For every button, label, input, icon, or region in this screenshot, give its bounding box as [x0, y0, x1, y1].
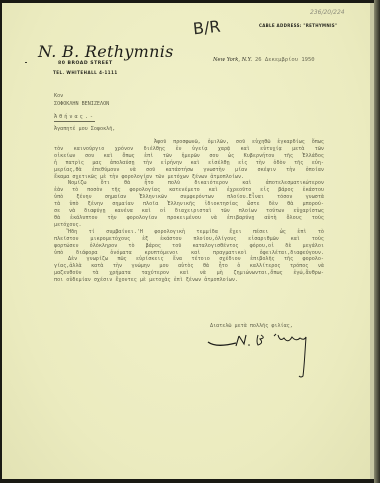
letterhead-street: 80 BROAD STREET	[58, 61, 113, 66]
body-line: φορτώσεν ὁλόκληρον τὸ βάρος τοῦ καταλογι…	[54, 243, 324, 250]
letter-body: Ἀφοῦ προσφωνῶ, ὁμιλῶν, σοῦ εὐχηθῶ ἐγκαρδ…	[54, 139, 324, 284]
letterhead-name: N. B. Rethymnis	[38, 42, 174, 61]
body-line: τὸν καινούργιο χρόνον διέλθῃς ἐν ὑγείᾳ χ…	[54, 146, 324, 153]
closing: Διατελῶ μετὰ πολλῆς φιλίας,	[210, 323, 293, 330]
addressee-city: Ἀθήνας.-	[54, 114, 95, 122]
body-line: ἡ πατρὶς μας ἀπολαύσῃ τὴν εἰρήνην καὶ εἰ…	[54, 160, 324, 167]
dateline-date: 26 Δεκεμβρίου 1950	[255, 57, 315, 63]
addressee-block: Κον ΣΟΦΟΚΛΗΝ ΒΕΝΙΖΕΛΟΝ	[54, 93, 109, 108]
body-line: πλεῖστον μικρομετόχους ἐξ ἑκάστου πλοίου…	[54, 236, 324, 243]
addressee-line: Κον	[54, 93, 109, 101]
letterhead-telephone: TEL. WHITEHALL 4-1111	[53, 70, 118, 75]
dateline-place: New York, N.Y.	[213, 57, 252, 63]
body-line: ποι οὐδεμίαν σχέσιν ἔχοντες μὲ μετοχὰς ἐ…	[54, 277, 324, 284]
scan-edge-shadow	[374, 0, 380, 483]
ink-speck	[25, 62, 27, 63]
body-line: θὰ ἐκάλυπτον τὴν φορολογίαν προκειμένου …	[54, 215, 324, 222]
body-line: οἰκείων σου καὶ ὅπως ἐπὶ τῶν ἡμερῶν σου …	[54, 153, 324, 160]
archive-reference: 236/20/224	[310, 9, 345, 16]
signature-icon	[206, 332, 326, 392]
body-line: μερίας,θὰ ἐπεθύμουν νὰ σοῦ κατάστήσω γνω…	[54, 167, 324, 174]
cable-address: CABLE ADDRESS: "RETHYMNIS"	[259, 23, 337, 28]
salutation: Ἀγαπητέ μου Σοφοκλῆ,	[54, 126, 115, 133]
body-line: Ἀφοῦ προσφωνῶ, ὁμιλῶν, σοῦ εὐχηθῶ ἐγκαρδ…	[54, 139, 324, 146]
dateline: New York, N.Y.26 Δεκεμβρίου 1950	[213, 57, 315, 63]
handwritten-mark: B/R	[192, 17, 221, 39]
body-line: σε νὰ διαφύγῃ κανένα καὶ οἱ διαχειρισταὶ…	[54, 208, 324, 215]
body-line: Ἤδη τί συμβαίνει.'Η φορολογικὴ τεμμίδα ἔ…	[54, 229, 324, 236]
addressee-line: ΣΟΦΟΚΛΗΝ ΒΕΝΙΖΕΛΟΝ	[54, 101, 109, 109]
body-line: μετόχους.	[54, 222, 324, 229]
